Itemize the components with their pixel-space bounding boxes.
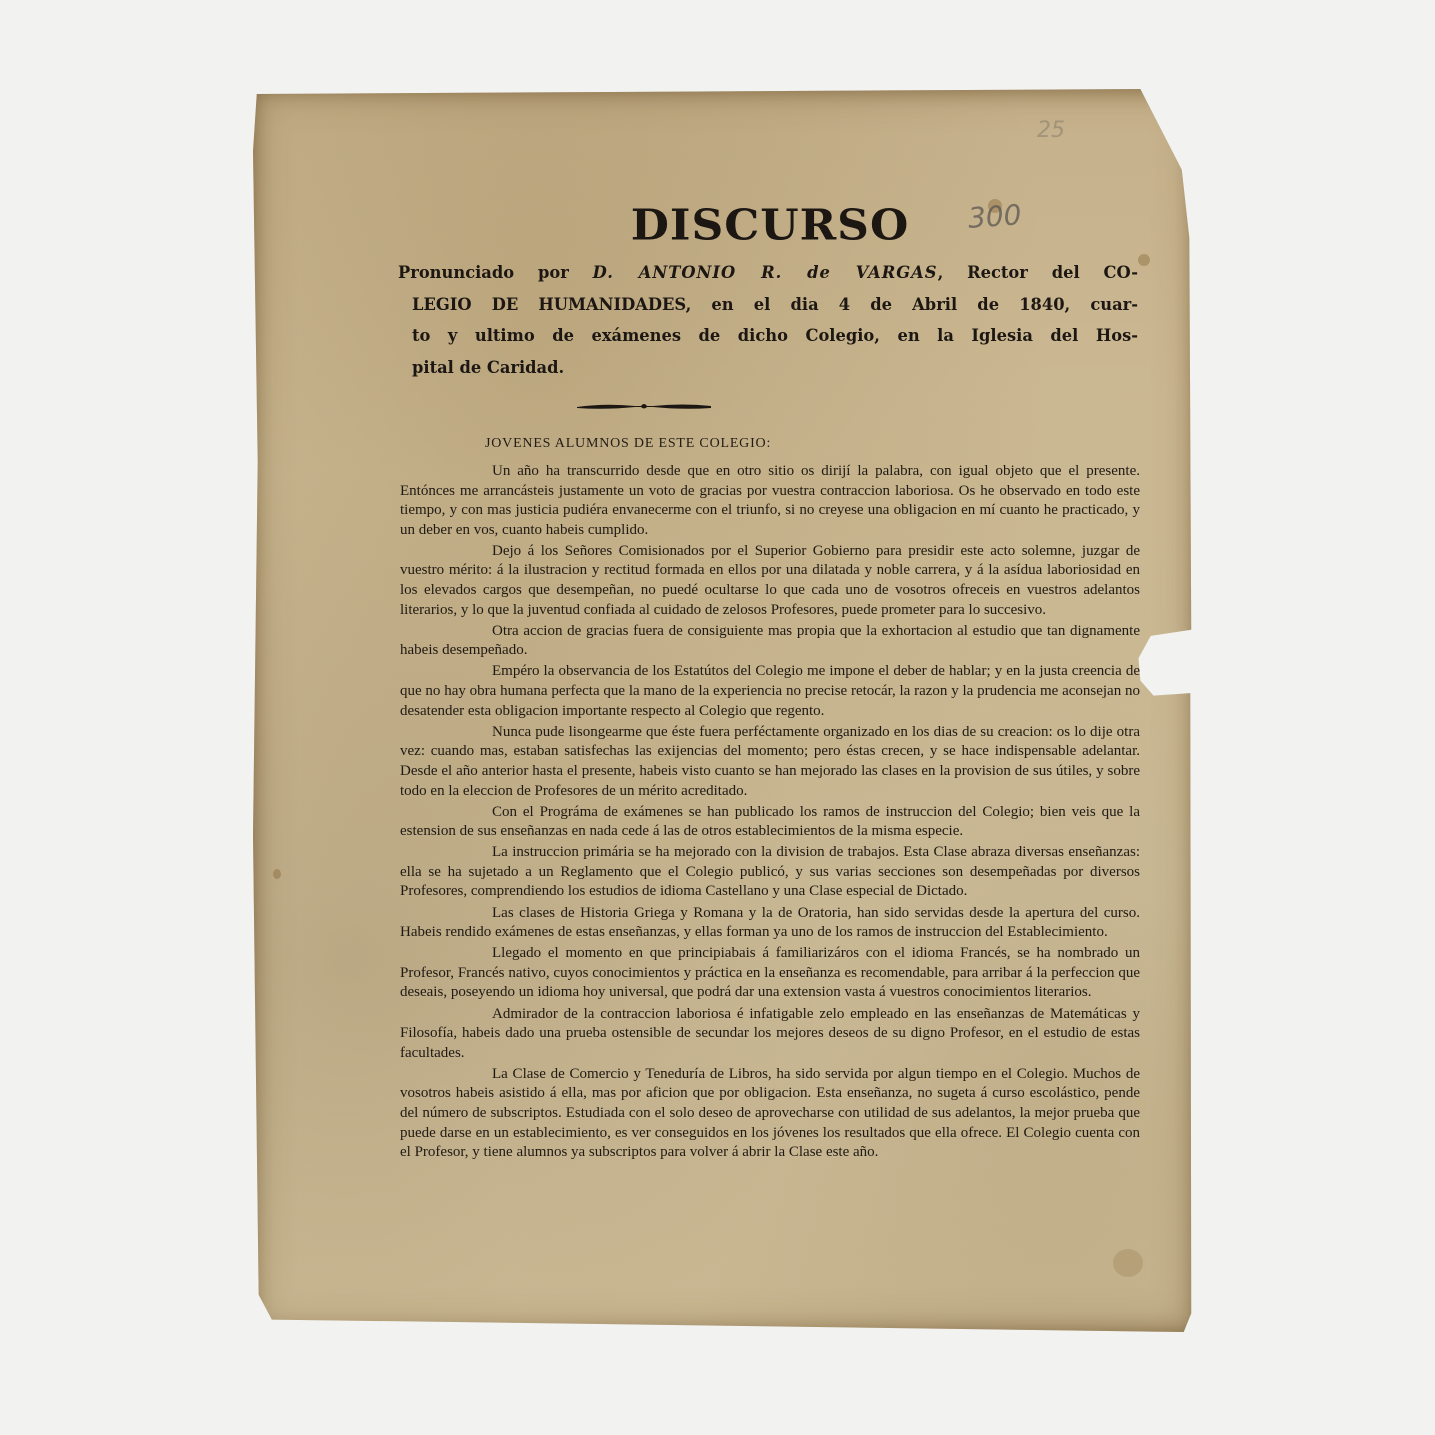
author-name: D. ANTONIO R. de VARGAS [593,263,938,282]
stain [1138,254,1150,266]
paragraph: Empéro la observancia de los Estatútos d… [400,662,1140,721]
paragraph: Con el Prográma de exámenes se han publi… [400,803,1140,842]
subtitle-line: pital de Caridad. [398,352,1138,384]
subtitle-line: to y ultimo de exámenes de dicho Colegio… [398,320,1138,352]
document-title: DISCURSO [380,201,1160,249]
subtitle-text: Rector del CO- [967,263,1138,282]
paragraph: Admirador de la contraccion laboriosa é … [400,1005,1140,1064]
stain [1113,1249,1143,1277]
paragraph: Otra accion de gracias fuera de consigui… [400,622,1140,661]
paragraph: Un año ha transcurrido desde que en otro… [400,462,1140,540]
salutation: JOVENES ALUMNOS DE ESTE COLEGIO: [485,436,771,452]
subtitle-prefix: Pronunciado por [398,263,569,282]
paragraph: Nunca pude lisongearme que éste fuera pe… [400,723,1140,801]
document-body: Un año ha transcurrido desde que en otro… [400,462,1140,1164]
subtitle-line: Pronunciado por D. ANTONIO R. de VARGAS,… [398,257,1138,289]
paragraph: La instruccion primária se ha mejorado c… [400,843,1140,902]
paragraph: La Clase de Comercio y Teneduría de Libr… [400,1065,1140,1163]
subtitle-line: LEGIO DE HUMANIDADES, en el dia 4 de Abr… [398,289,1138,321]
document-subtitle: Pronunciado por D. ANTONIO R. de VARGAS,… [398,257,1138,383]
handwritten-note: 25 [1037,118,1065,143]
paragraph: Dejo á los Señores Comisionados por el S… [400,542,1140,620]
ornamental-rule [575,402,713,410]
paragraph: Llegado el momento en que principiabais … [400,944,1140,1003]
stain [273,869,281,879]
paragraph: Las clases de Historia Griega y Romana y… [400,904,1140,943]
